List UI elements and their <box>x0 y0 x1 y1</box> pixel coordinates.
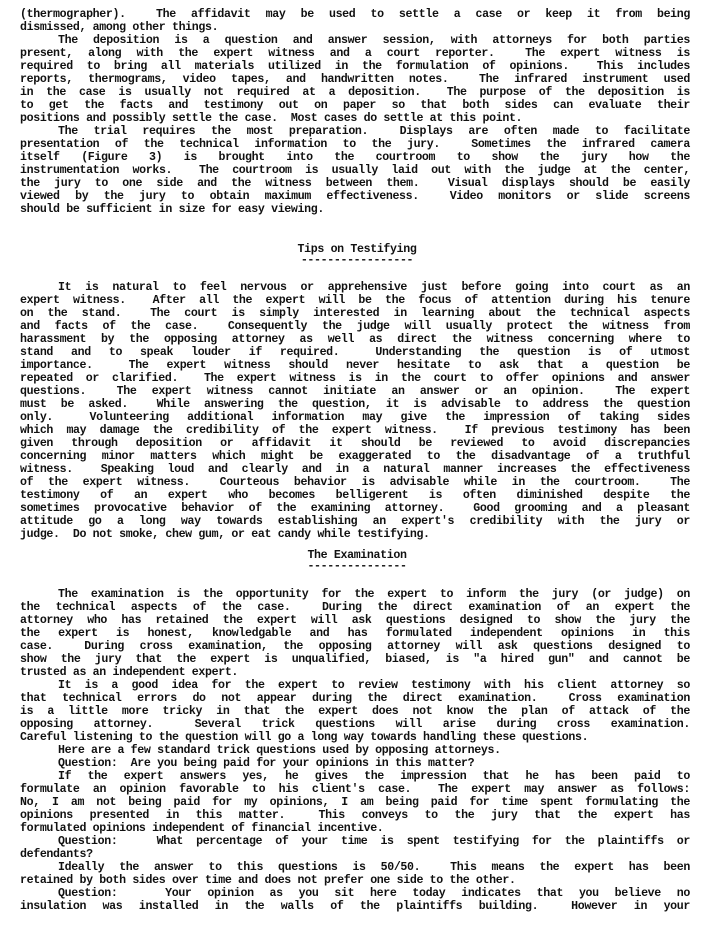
text-line: Question: Are you being paid for your op… <box>58 757 690 770</box>
text-line: viewed by the jury to obtain maximum eff… <box>20 190 690 203</box>
text-line: dismissed, among other things. <box>20 21 690 34</box>
text-line: is a little more tricky in that the expe… <box>20 705 690 718</box>
text-line: Careful listening to the question will g… <box>20 731 690 744</box>
text-line: in the case is usually not required at a… <box>20 86 690 99</box>
text-line: defendants? <box>20 848 690 861</box>
text-line: Ideally the answer to this questions is … <box>58 861 690 874</box>
text-line: the jury to one side and the witness bet… <box>20 177 690 190</box>
heading-underline: --------------- <box>0 560 714 573</box>
text-line: formulated opinions independent of finan… <box>20 822 690 835</box>
text-line: positions and possibly settle the case. … <box>20 112 690 125</box>
text-line: only. Volunteering additional informatio… <box>20 411 690 424</box>
text-line: retained by both sides over time and doe… <box>20 874 690 887</box>
text-line: Here are a few standard trick questions … <box>58 744 690 757</box>
text-line: show the jury that the expert is unquali… <box>20 653 690 666</box>
document-page: (thermographer). The affidavit may be us… <box>0 0 714 930</box>
text-line: itself (Figure 3) is brought into the co… <box>20 151 690 164</box>
text-line: the expert is honest, knowledgable and h… <box>20 627 690 640</box>
text-line: If the expert answers yes, he gives the … <box>58 770 690 783</box>
text-line: expert witness. After all the expert wil… <box>20 294 690 307</box>
text-line: It is a good idea for the expert to revi… <box>58 679 690 692</box>
text-line: case. During cross examination, the oppo… <box>20 640 690 653</box>
text-line: questions. The expert witness cannot ini… <box>20 385 690 398</box>
text-line: instrumentation works. The courtroom is … <box>20 164 690 177</box>
text-line: insulation was installed in the walls of… <box>20 900 690 913</box>
text-line: given through deposition or affidavit it… <box>20 437 690 450</box>
text-line: of the expert witness. Courteous behavio… <box>20 476 690 489</box>
text-line: must be asked. While answering the quest… <box>20 398 690 411</box>
text-line: that technical errors do not appear duri… <box>20 692 690 705</box>
text-line: which may damage the credibility of the … <box>20 424 690 437</box>
text-line: Question: What percentage of your time i… <box>58 835 690 848</box>
text-line: opposing attorney. Several trick questio… <box>20 718 690 731</box>
text-line: (thermographer). The affidavit may be us… <box>20 8 690 21</box>
text-line: The deposition is a question and answer … <box>58 34 690 47</box>
text-line: judge. Do not smoke, chew gum, or eat ca… <box>20 528 690 541</box>
text-line: concerning minor matters which might be … <box>20 450 690 463</box>
text-line: present, along with the expert witness a… <box>20 47 690 60</box>
text-line: harassment by the opposing attorney as w… <box>20 333 690 346</box>
text-line: witness. Speaking loud and clearly and i… <box>20 463 690 476</box>
text-line: and facts of the case. Consequently the … <box>20 320 690 333</box>
text-line: repeated or clarified. The expert witnes… <box>20 372 690 385</box>
text-line: The examination is the opportunity for t… <box>58 588 690 601</box>
text-line: testimony of an expert who becomes belli… <box>20 489 690 502</box>
text-line: to get the facts and testimony out on pa… <box>20 99 690 112</box>
text-line: attorney who has retained the expert wil… <box>20 614 690 627</box>
text-line: presentation of the technical informatio… <box>20 138 690 151</box>
text-line: should be sufficient in size for easy vi… <box>20 203 690 216</box>
text-line: Question: Your opinion as you sit here t… <box>58 887 690 900</box>
text-line: stand and to speak louder if required. U… <box>20 346 690 359</box>
text-line: formulate an opinion favorable to his cl… <box>20 783 690 796</box>
heading-underline: ----------------- <box>0 254 714 267</box>
text-line: on the stand. The court is simply intere… <box>20 307 690 320</box>
text-line: trusted as an independent expert. <box>20 666 690 679</box>
text-line: attitude go a long way towards establish… <box>20 515 690 528</box>
text-line: No, I am not being paid for my opinions,… <box>20 796 690 809</box>
text-line: reports, thermograms, video tapes, and h… <box>20 73 690 86</box>
text-line: importance. The expert witness should ne… <box>20 359 690 372</box>
text-line: required to bring all materials utilized… <box>20 60 690 73</box>
text-line: It is natural to feel nervous or apprehe… <box>58 281 690 294</box>
text-line: opinions presented in this matter. This … <box>20 809 690 822</box>
text-line: sometimes provocative behavior of the ex… <box>20 502 690 515</box>
text-line: The trial requires the most preparation.… <box>58 125 690 138</box>
text-line: the technical aspects of the case. Durin… <box>20 601 690 614</box>
